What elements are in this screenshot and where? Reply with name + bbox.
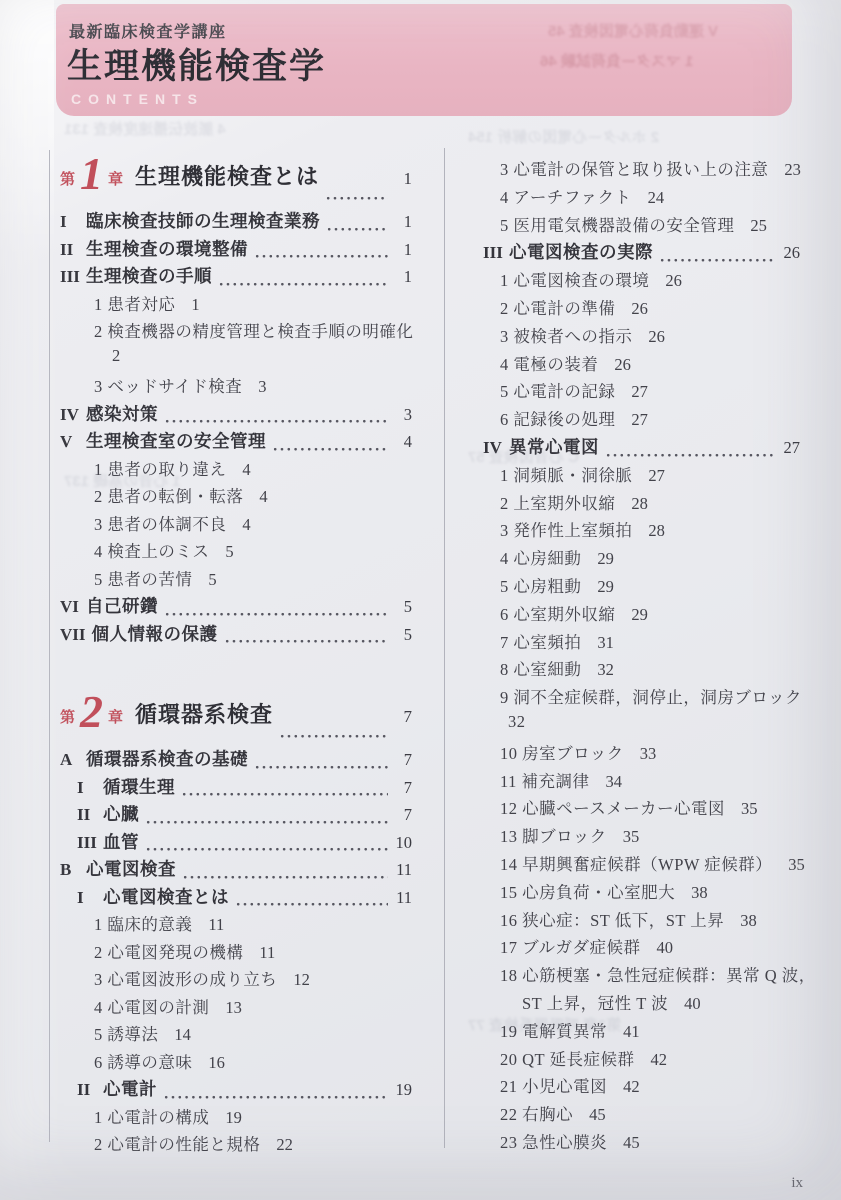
page-ref: 38 [691, 883, 708, 903]
page-ref: 40 [684, 994, 701, 1014]
leader-dots [255, 247, 388, 259]
section-label: B [60, 860, 80, 880]
book-title: 生理機能検査学 [67, 39, 326, 89]
toc-section-row: A循環器系検査の基礎7 [60, 746, 412, 774]
entry-text: 14 早期興奮症候群（WPW 症候群） [500, 851, 772, 875]
chapter-title: 生理機能検査とは [135, 160, 319, 191]
section-label: II [77, 1080, 97, 1100]
entry-text: 5 心房粗動 [500, 573, 581, 597]
leader-dots [146, 840, 388, 852]
section-title: 生理検査の環境整備 [86, 236, 248, 261]
page-ref: 19 [390, 1080, 412, 1100]
leader-dots [273, 440, 388, 452]
page-ref: 42 [623, 1077, 640, 1097]
leader-dots [660, 251, 776, 263]
toc-item-row: 5 誘導法14 [60, 1021, 412, 1049]
entry-text: 1 心電図検査の環境 [500, 267, 649, 291]
entry-text: 21 小児心電図 [500, 1073, 607, 1097]
section-title: 自己研鑽 [86, 593, 158, 618]
entry-text: 20 QT 延長症候群 [500, 1046, 634, 1070]
toc-item-row: 5 患者の苦情5 [60, 566, 412, 594]
page-ref: 26 [631, 299, 648, 319]
entry-text: 9 洞不全症候群，洞停止，洞房ブロック [500, 684, 802, 708]
page-ref: 24 [648, 188, 665, 208]
toc-item-row: 15 心房負荷・心室肥大38 [466, 879, 800, 907]
toc-item-row: 9 洞不全症候群，洞停止，洞房ブロック [466, 684, 800, 712]
leader-dots [165, 605, 388, 617]
toc-item-row: 3 発作性上室頻拍28 [466, 517, 800, 545]
page-ref: 3 [258, 377, 266, 397]
toc-item-row: 12 心臓ペースメーカー心電図35 [466, 795, 800, 823]
contents-label: CONTENTS [71, 91, 204, 107]
page-ref: 29 [597, 577, 614, 597]
entry-text: 2 検査機器の精度管理と検査手順の明確化 [94, 318, 413, 342]
toc-section-row: III血管10 [60, 829, 412, 857]
page-ref: 7 [390, 805, 412, 825]
toc-item-row: 32 [466, 712, 800, 740]
page-ref: 11 [390, 888, 412, 908]
toc-item-row: 1 臨床的意義11 [60, 911, 412, 939]
entry-text: 11 補充調律 [500, 768, 590, 792]
toc-item-row: 2 心電計の準備26 [466, 295, 800, 323]
toc-item-row: 6 記録後の処理27 [466, 406, 800, 434]
entry-text: 10 房室ブロック [500, 740, 624, 764]
toc-item-row: 5 心電計の記録27 [466, 378, 800, 406]
section-title: 心臓 [103, 801, 139, 826]
toc-item-row: 3 心電計の保管と取り扱い上の注意23 [466, 156, 800, 184]
toc-chapter-row: 第2章循環器系検査7 [60, 698, 412, 746]
entry-text: 16 狭心症：ST 低下，ST 上昇 [500, 907, 724, 931]
toc-section-row: II心臓7 [60, 801, 412, 829]
entry-text: 4 心電図の計測 [94, 994, 209, 1018]
leader-dots [280, 727, 388, 739]
toc-section-row: III心電図検査の実際26 [466, 239, 800, 267]
page-ref: 3 [390, 405, 412, 425]
toc-item-row: 2 検査機器の精度管理と検査手順の明確化 [60, 318, 412, 346]
page-ref: 27 [778, 438, 800, 458]
section-label: I [77, 888, 97, 908]
toc-item-row: 2 上室期外収縮28 [466, 490, 800, 518]
page-ref: 10 [390, 833, 412, 853]
leader-dots [219, 275, 388, 287]
section-title: 循環生理 [103, 774, 175, 799]
page-ref: 28 [631, 494, 648, 514]
page-ref: 14 [174, 1025, 191, 1045]
leader-dots [327, 220, 388, 232]
page-ref: 4 [390, 432, 412, 452]
page-ref: 5 [225, 542, 233, 562]
section-title: 心電図検査とは [103, 884, 229, 909]
page-ref: 27 [631, 382, 648, 402]
page-ref: 11 [390, 860, 412, 880]
section-title: 心電図検査の実際 [509, 239, 653, 264]
toc-item-row: 4 アーチファクト24 [466, 184, 800, 212]
entry-text: 6 心室期外収縮 [500, 601, 615, 625]
entry-text: 3 ベッドサイド検査 [94, 373, 242, 397]
toc-item-row: 4 検査上のミス5 [60, 538, 412, 566]
section-label: III [483, 243, 503, 263]
entry-text: 13 脚ブロック [500, 823, 607, 847]
chapter-suffix: 章 [108, 168, 123, 189]
section-label: I [60, 212, 80, 232]
entry-text: 4 心房細動 [500, 545, 581, 569]
book-page: 最新臨床検査学講座 生理機能検査学 CONTENTS 第1章生理機能検査とは1I… [0, 0, 841, 1200]
toc-section-row: V生理検査室の安全管理4 [60, 428, 412, 456]
column-divider-rule [444, 148, 445, 1148]
section-title: 個人情報の保護 [92, 621, 218, 646]
toc-item-row: 11 補充調律34 [466, 768, 800, 796]
entry-text: 4 電極の装着 [500, 351, 598, 375]
page-ref: 27 [648, 466, 665, 486]
toc-section-row: B心電図検査11 [60, 856, 412, 884]
page-ref: 7 [390, 707, 412, 727]
page-ref: 27 [631, 410, 648, 430]
leader-dots [606, 446, 776, 458]
toc-section-row: IV異常心電図27 [466, 434, 800, 462]
entry-text: 3 患者の体調不良 [94, 511, 226, 535]
bleedthrough-text: 4 脈波伝播速度検査 131 [64, 118, 226, 139]
toc-item-row: 1 洞頻脈・洞徐脈27 [466, 462, 800, 490]
page-ref: 5 [390, 625, 412, 645]
entry-text: 5 患者の苦情 [94, 566, 192, 590]
toc-item-row: 13 脚ブロック35 [466, 823, 800, 851]
section-title: 心電図検査 [86, 856, 176, 881]
toc-section-row: I心電図検査とは11 [60, 884, 412, 912]
page-ref: 42 [650, 1050, 667, 1070]
entry-text: 2 [112, 346, 121, 366]
page-ref: 23 [784, 160, 801, 180]
section-label: II [77, 805, 97, 825]
page-ref: 13 [225, 998, 242, 1018]
page-ref: 28 [648, 521, 665, 541]
toc-item-row: 8 心室細動32 [466, 656, 800, 684]
toc-item-row: 3 被検者への指示26 [466, 323, 800, 351]
page-ref: 26 [778, 243, 800, 263]
page-ref: 12 [293, 970, 310, 990]
entry-text: 6 誘導の意味 [94, 1049, 192, 1073]
section-label: IV [483, 438, 503, 458]
entry-text: ST 上昇，冠性 T 波 [522, 990, 668, 1014]
toc-section-row: VI自己研鑽5 [60, 593, 412, 621]
leader-dots [164, 1088, 388, 1100]
toc-item-row: 19 電解質異常41 [466, 1018, 800, 1046]
entry-text: 4 アーチファクト [500, 184, 632, 208]
chapter-suffix: 章 [108, 706, 123, 727]
entry-text: 18 心筋梗塞・急性冠症候群：異常 Q 波， [500, 962, 816, 986]
section-title: 生理検査の手順 [86, 263, 212, 288]
toc-section-row: I臨床検査技師の生理検査業務1 [60, 208, 412, 236]
entry-text: 2 心電図発現の機構 [94, 939, 243, 963]
toc-section-row: VII個人情報の保護5 [60, 621, 412, 649]
page-ref: 7 [390, 778, 412, 798]
page-ref: 7 [390, 750, 412, 770]
toc-column-right: 3 心電計の保管と取り扱い上の注意234 アーチファクト245 医用電気機器設備… [466, 156, 800, 1157]
entry-text: 3 発作性上室頻拍 [500, 517, 632, 541]
bleedthrough-text: 2 ホルター心電図の解析 154 [468, 126, 659, 147]
entry-text: 15 心房負荷・心室肥大 [500, 879, 675, 903]
leader-dots [165, 412, 388, 424]
leader-dots [183, 868, 388, 880]
toc-section-row: II心電計19 [60, 1076, 412, 1104]
toc-item-row: 5 心房粗動29 [466, 573, 800, 601]
entry-text: 19 電解質異常 [500, 1018, 607, 1042]
toc-item-row: 3 患者の体調不良4 [60, 511, 412, 539]
section-title: 感染対策 [86, 401, 158, 426]
page-ref: 25 [750, 216, 767, 236]
page-ref: 1 [390, 267, 412, 287]
leader-dots [225, 632, 388, 644]
left-column-rule [49, 150, 50, 1142]
page-ref: 29 [597, 549, 614, 569]
entry-text: 1 心電計の構成 [94, 1104, 209, 1128]
page-ref: 41 [623, 1022, 640, 1042]
page-ref: 4 [242, 460, 250, 480]
page-ref: 1 [390, 212, 412, 232]
page-ref: 29 [631, 605, 648, 625]
leader-dots [146, 813, 388, 825]
section-label: II [60, 240, 80, 260]
leader-dots [326, 189, 388, 201]
toc-item-row: 18 心筋梗塞・急性冠症候群：異常 Q 波， [466, 962, 800, 990]
chapter-title: 循環器系検査 [135, 698, 273, 729]
toc-chapter-row: 第1章生理機能検査とは1 [60, 160, 412, 208]
toc-item-row: 17 ブルガダ症候群40 [466, 934, 800, 962]
toc-column-left: 第1章生理機能検査とは1I臨床検査技師の生理検査業務1II生理検査の環境整備1I… [60, 160, 412, 1159]
toc-item-row: 3 心電図波形の成り立ち12 [60, 966, 412, 994]
section-label: VII [60, 625, 86, 645]
entry-text: 2 上室期外収縮 [500, 490, 615, 514]
page-ref: 19 [225, 1108, 242, 1128]
toc-item-row: 2 心電図発現の機構11 [60, 939, 412, 967]
page-ref: 45 [589, 1105, 606, 1125]
entry-text: 1 患者の取り違え [94, 456, 226, 480]
section-title: 循環器系検査の基礎 [86, 746, 248, 771]
toc-item-row: 1 心電図検査の環境26 [466, 267, 800, 295]
section-label: V [60, 432, 80, 452]
toc-item-row: 1 患者対応1 [60, 291, 412, 319]
page-ref: 5 [208, 570, 216, 590]
page-ref: 32 [597, 660, 614, 680]
entry-text: 1 臨床的意義 [94, 911, 192, 935]
page-ref: 4 [242, 515, 250, 535]
toc-item-row: 6 誘導の意味16 [60, 1049, 412, 1077]
leader-dots [255, 758, 388, 770]
toc-section-row: I循環生理7 [60, 774, 412, 802]
page-ref: 26 [648, 327, 665, 347]
section-title: 生理検査室の安全管理 [86, 428, 266, 453]
page-ref: 11 [259, 943, 275, 963]
toc-item-row: 22 右胸心45 [466, 1101, 800, 1129]
entry-text: 5 医用電気機器設備の安全管理 [500, 212, 734, 236]
page-ref: 31 [597, 633, 614, 653]
toc-item-row: 2 患者の転倒・転落4 [60, 483, 412, 511]
entry-text: 1 洞頻脈・洞徐脈 [500, 462, 632, 486]
toc-item-row: 23 急性心膜炎45 [466, 1129, 800, 1157]
entry-text: 5 心電計の記録 [500, 378, 615, 402]
entry-text: 22 右胸心 [500, 1101, 573, 1125]
chapter-prefix: 第 [60, 168, 75, 189]
page-ref: 1 [390, 240, 412, 260]
toc-item-row: 5 医用電気機器設備の安全管理25 [466, 212, 800, 240]
page-ref: 1 [191, 295, 199, 315]
page-ref: 33 [640, 744, 657, 764]
section-title: 異常心電図 [509, 434, 599, 459]
page-ref: 26 [614, 355, 631, 375]
section-title: 血管 [103, 829, 139, 854]
toc-item-row: 2 心電計の性能と規格22 [60, 1131, 412, 1159]
toc-section-row: II生理検査の環境整備1 [60, 236, 412, 264]
toc-item-row: 4 電極の装着26 [466, 351, 800, 379]
entry-text: 6 記録後の処理 [500, 406, 615, 430]
toc-item-row: 16 狭心症：ST 低下，ST 上昇38 [466, 907, 800, 935]
toc-item-row: 2 [60, 346, 412, 374]
page-ref: 26 [665, 271, 682, 291]
section-label: III [77, 833, 97, 853]
entry-text: 32 [508, 712, 526, 732]
toc-item-row: 10 房室ブロック33 [466, 740, 800, 768]
leader-dots [182, 785, 388, 797]
page-ref: 5 [390, 597, 412, 617]
entry-text: 3 心電計の保管と取り扱い上の注意 [500, 156, 768, 180]
page-ref: 38 [740, 911, 757, 931]
toc-section-row: IV感染対策3 [60, 401, 412, 429]
page-ref: 16 [208, 1053, 225, 1073]
entry-text: 2 患者の転倒・転落 [94, 483, 243, 507]
entry-text: 17 ブルガダ症候群 [500, 934, 640, 958]
toc-section-row: III生理検査の手順1 [60, 263, 412, 291]
page-ref: 35 [788, 855, 805, 875]
page-ref: 35 [623, 827, 640, 847]
section-title: 臨床検査技師の生理検査業務 [86, 208, 320, 233]
toc-item-row: 4 心電図の計測13 [60, 994, 412, 1022]
section-label: I [77, 778, 97, 798]
entry-text: 5 誘導法 [94, 1021, 158, 1045]
page-ref: 45 [623, 1133, 640, 1153]
toc-item-row: 14 早期興奮症候群（WPW 症候群）35 [466, 851, 800, 879]
entry-text: 4 検査上のミス [94, 538, 209, 562]
toc-item-row: ST 上昇，冠性 T 波40 [466, 990, 800, 1018]
entry-text: 2 心電計の性能と規格 [94, 1131, 260, 1155]
toc-item-row: 6 心室期外収縮29 [466, 601, 800, 629]
page-number: ix [791, 1175, 803, 1192]
toc-item-row: 7 心室頻拍31 [466, 629, 800, 657]
page-ref: 35 [741, 799, 758, 819]
section-label: III [60, 267, 80, 287]
toc-item-row: 1 患者の取り違え4 [60, 456, 412, 484]
section-title: 心電計 [103, 1076, 157, 1101]
chapter-prefix: 第 [60, 706, 75, 727]
entry-text: 1 患者対応 [94, 291, 175, 315]
page-header: 最新臨床検査学講座 生理機能検査学 CONTENTS [56, 4, 792, 116]
page-ref: 34 [606, 772, 623, 792]
toc-item-row: 4 心房細動29 [466, 545, 800, 573]
entry-text: 23 急性心膜炎 [500, 1129, 607, 1153]
toc-item-row: 3 ベッドサイド検査3 [60, 373, 412, 401]
toc-item-row: 20 QT 延長症候群42 [466, 1046, 800, 1074]
section-label: IV [60, 405, 80, 425]
entry-text: 2 心電計の準備 [500, 295, 615, 319]
entry-text: 3 被検者への指示 [500, 323, 632, 347]
entry-text: 12 心臓ペースメーカー心電図 [500, 795, 725, 819]
leader-dots [236, 895, 388, 907]
toc-item-row: 1 心電計の構成19 [60, 1104, 412, 1132]
entry-text: 8 心室細動 [500, 656, 581, 680]
section-label: A [60, 750, 80, 770]
toc-item-row: 21 小児心電図42 [466, 1073, 800, 1101]
page-ref: 1 [390, 169, 412, 189]
page-ref: 4 [259, 487, 267, 507]
page-ref: 22 [276, 1135, 293, 1155]
entry-text: 3 心電図波形の成り立ち [94, 966, 277, 990]
entry-text: 7 心室頻拍 [500, 629, 581, 653]
section-label: VI [60, 597, 80, 617]
page-ref: 11 [208, 915, 224, 935]
page-ref: 40 [656, 938, 673, 958]
